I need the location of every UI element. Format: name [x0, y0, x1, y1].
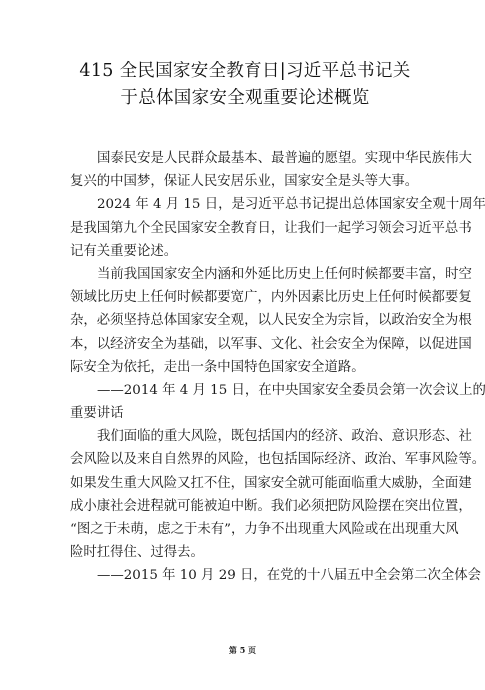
text-line: 际安全为依托，走出一条中国特色国家安全道路。 [70, 356, 422, 379]
text-line: 险时扛得住、过得去。 [70, 541, 422, 564]
text-line: 2024 年 4 月 15 日，是习近平总书记提出总体国家安全观十周年， [70, 193, 422, 216]
text-line: 当前我国国家安全内涵和外延比历史上任何时候都要丰富，时空 [70, 263, 422, 286]
text-line: 如果发生重大风险又扛不住，国家安全就可能面临重大威胁，全面建 [70, 472, 422, 495]
paragraph-quote-2014: 当前我国国家安全内涵和外延比历史上任何时候都要丰富，时空 领域比历史上任何时候都… [70, 263, 422, 379]
source-citation-2015: ——2015 年 10 月 29 日，在党的十八届五中全会第二次全体会 [70, 564, 422, 587]
text-line: “图之于未萌，虑之于未有”，力争不出现重大风险或在出现重大风 [70, 518, 422, 541]
paragraph-intro: 国泰民安是人民群众最基本、最普遍的愿望。实现中华民族伟大 复兴的中国梦，保证人民… [70, 147, 422, 193]
text-line: 国泰民安是人民群众最基本、最普遍的愿望。实现中华民族伟大 [70, 147, 422, 170]
text-line: ——2015 年 10 月 29 日，在党的十八届五中全会第二次全体会 [70, 564, 422, 587]
title-line-2: 于总体国家安全观重要论述概览 [60, 85, 430, 112]
text-line: 复兴的中国梦，保证人民安居乐业，国家安全是头等大事。 [70, 170, 422, 193]
text-line: 我们面临的重大风险，既包括国内的经济、政治、意识形态、社 [70, 425, 422, 448]
text-line: 重要讲话 [70, 402, 422, 425]
page-number: 第 5 页 [0, 645, 485, 656]
text-line: 是我国第九个全民国家安全教育日，让我们一起学习领会习近平总书 [70, 217, 422, 240]
text-line: 记有关重要论述。 [70, 240, 422, 263]
paragraph-quote-2015: 我们面临的重大风险，既包括国内的经济、政治、意识形态、社 会风险以及来自自然界的… [70, 425, 422, 564]
text-line: 会风险以及来自自然界的风险，也包括国际经济、政治、军事风险等。 [70, 448, 422, 471]
document-body: 国泰民安是人民群众最基本、最普遍的愿望。实现中华民族伟大 复兴的中国梦，保证人民… [70, 147, 422, 588]
document-title: 415 全民国家安全教育日|习近平总书记关 于总体国家安全观重要论述概览 [60, 58, 430, 112]
text-line: 成小康社会进程就可能被迫中断。我们必须把防风险摆在突出位置， [70, 495, 422, 518]
text-line: 杂，必须坚持总体国家安全观，以人民安全为宗旨，以政治安全为根 [70, 309, 422, 332]
text-line: 本，以经济安全为基础，以军事、文化、社会安全为保障，以促进国 [70, 333, 422, 356]
paragraph-anniversary: 2024 年 4 月 15 日，是习近平总书记提出总体国家安全观十周年， 是我国… [70, 193, 422, 263]
text-line: 领域比历史上任何时候都要宽广，内外因素比历史上任何时候都要复 [70, 286, 422, 309]
text-line: ——2014 年 4 月 15 日，在中央国家安全委员会第一次会议上的 [70, 379, 422, 402]
title-line-1: 415 全民国家安全教育日|习近平总书记关 [60, 58, 430, 85]
source-citation-2014: ——2014 年 4 月 15 日，在中央国家安全委员会第一次会议上的 重要讲话 [70, 379, 422, 425]
document-page: 415 全民国家安全教育日|习近平总书记关 于总体国家安全观重要论述概览 国泰民… [0, 0, 485, 690]
